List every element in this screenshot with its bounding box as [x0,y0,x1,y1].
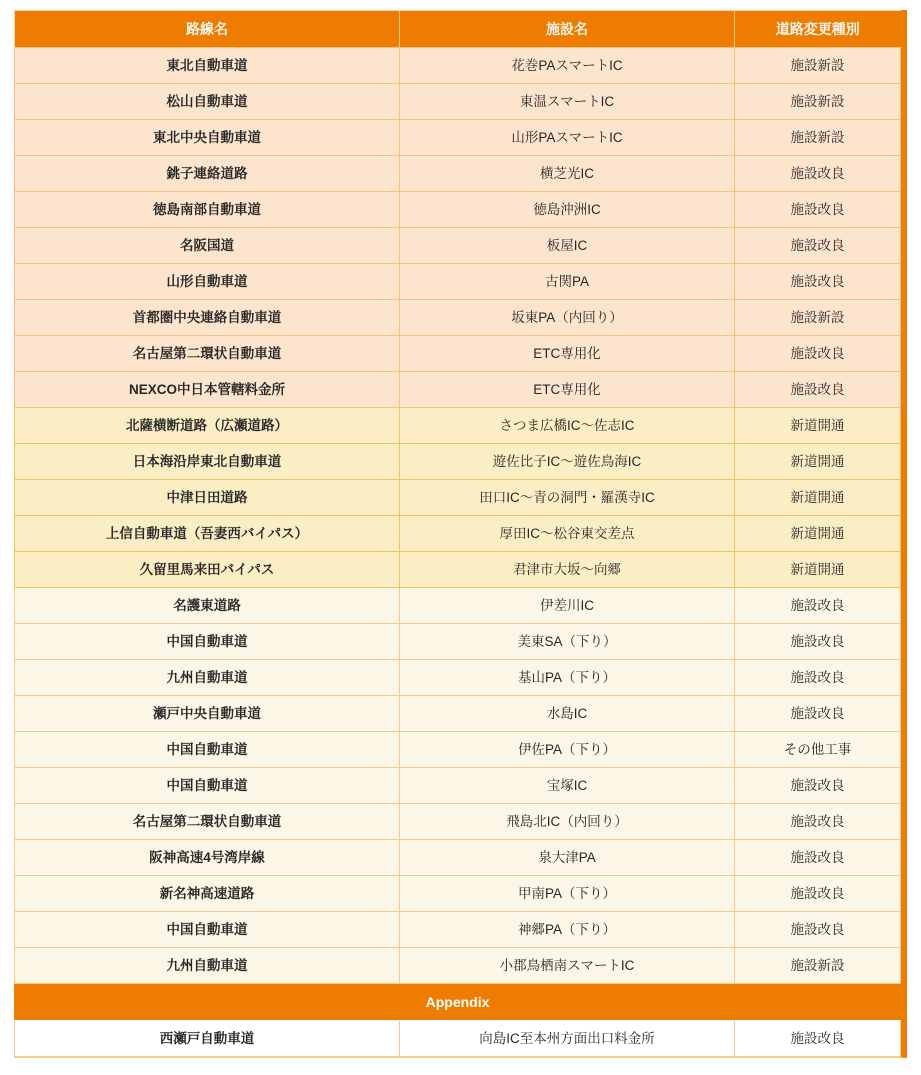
table-row: 西瀬戸自動車道 向島IC至本州方面出口料金所 施設改良 [15,1021,901,1057]
cell-change-type: 施設改良 [735,624,901,660]
cell-facility-name: 伊佐PA（下り） [400,732,735,768]
cell-route-name: 首都圏中央連絡自動車道 [15,300,400,336]
cell-change-type: 施設改良 [735,1021,901,1057]
cell-facility-name: 水島IC [400,696,735,732]
cell-facility-name: 花巻PAスマートIC [400,48,735,84]
table-row: 名阪国道 板屋IC 施設改良 [15,228,901,264]
cell-route-name: 中国自動車道 [15,912,400,948]
cell-facility-name: 東温スマートIC [400,84,735,120]
cell-change-type: 新道開通 [735,552,901,588]
cell-change-type: 施設改良 [735,840,901,876]
cell-route-name: 中国自動車道 [15,624,400,660]
cell-facility-name: ETC専用化 [400,336,735,372]
cell-facility-name: 神郷PA（下り） [400,912,735,948]
cell-change-type: 施設改良 [735,876,901,912]
table-row: 九州自動車道 基山PA（下り） 施設改良 [15,660,901,696]
table-row: 中国自動車道 美東SA（下り） 施設改良 [15,624,901,660]
cell-facility-name: 美東SA（下り） [400,624,735,660]
table-row: 東北自動車道 花巻PAスマートIC 施設新設 [15,48,901,84]
column-header-change-type: 道路変更種別 [735,11,901,48]
cell-facility-name: 田口IC～青の洞門・羅漢寺IC [400,480,735,516]
cell-change-type: 施設新設 [735,120,901,156]
cell-change-type: 施設改良 [735,336,901,372]
road-changes-table: 路線名 施設名 道路変更種別 東北自動車道 花巻PAスマートIC 施設新設 松山… [14,10,901,1057]
column-header-facility-name: 施設名 [400,11,735,48]
cell-facility-name: さつま広橋IC～佐志IC [400,408,735,444]
appendix-section-row: Appendix [15,984,901,1021]
cell-route-name: 北薩横断道路（広瀬道路） [15,408,400,444]
cell-change-type: 施設改良 [735,912,901,948]
cell-facility-name: 宝塚IC [400,768,735,804]
cell-route-name: 中国自動車道 [15,768,400,804]
table-row: 名護東道路 伊差川IC 施設改良 [15,588,901,624]
cell-facility-name: 泉大津PA [400,840,735,876]
cell-facility-name: 甲南PA（下り） [400,876,735,912]
table-row: 中津日田道路 田口IC～青の洞門・羅漢寺IC 新道開通 [15,480,901,516]
cell-route-name: 久留里馬来田バイパス [15,552,400,588]
cell-facility-name: 横芝光IC [400,156,735,192]
table-row: 東北中央自動車道 山形PAスマートIC 施設新設 [15,120,901,156]
cell-facility-name: 徳島沖洲IC [400,192,735,228]
cell-change-type: 施設改良 [735,696,901,732]
cell-facility-name: 小郡鳥栖南スマートIC [400,948,735,984]
table-row: 新名神高速道路 甲南PA（下り） 施設改良 [15,876,901,912]
cell-facility-name: 古関PA [400,264,735,300]
table-row: 中国自動車道 神郷PA（下り） 施設改良 [15,912,901,948]
cell-change-type: 施設改良 [735,228,901,264]
column-header-route-name: 路線名 [15,11,400,48]
cell-facility-name: 山形PAスマートIC [400,120,735,156]
table-row: 北薩横断道路（広瀬道路） さつま広橋IC～佐志IC 新道開通 [15,408,901,444]
cell-facility-name: 遊佐比子IC～遊佐鳥海IC [400,444,735,480]
cell-route-name: 中津日田道路 [15,480,400,516]
cell-facility-name: 向島IC至本州方面出口料金所 [400,1021,735,1057]
table-row: 銚子連絡道路 横芝光IC 施設改良 [15,156,901,192]
cell-change-type: 施設新設 [735,300,901,336]
cell-change-type: 施設改良 [735,372,901,408]
header-row: 路線名 施設名 道路変更種別 [15,11,901,48]
cell-route-name: 名古屋第二環状自動車道 [15,804,400,840]
cell-change-type: 新道開通 [735,516,901,552]
cell-route-name: 新名神高速道路 [15,876,400,912]
cell-facility-name: 厚田IC～松谷東交差点 [400,516,735,552]
table-row: 松山自動車道 東温スマートIC 施設新設 [15,84,901,120]
cell-route-name: 松山自動車道 [15,84,400,120]
cell-facility-name: 君津市大坂～向郷 [400,552,735,588]
cell-facility-name: 飛島北IC（内回り） [400,804,735,840]
cell-route-name: 中国自動車道 [15,732,400,768]
table-row: 日本海沿岸東北自動車道 遊佐比子IC～遊佐鳥海IC 新道開通 [15,444,901,480]
cell-change-type: 施設改良 [735,660,901,696]
cell-route-name: 名護東道路 [15,588,400,624]
cell-route-name: 山形自動車道 [15,264,400,300]
cell-route-name: 名古屋第二環状自動車道 [15,336,400,372]
cell-route-name: NEXCO中日本管轄料金所 [15,372,400,408]
table-header: 路線名 施設名 道路変更種別 [15,11,901,48]
table-row: 徳島南部自動車道 徳島沖洲IC 施設改良 [15,192,901,228]
table-row: 山形自動車道 古関PA 施設改良 [15,264,901,300]
cell-route-name: 九州自動車道 [15,948,400,984]
cell-route-name: 東北中央自動車道 [15,120,400,156]
table-row: 上信自動車道（吾妻西バイパス） 厚田IC～松谷東交差点 新道開通 [15,516,901,552]
cell-change-type: 施設改良 [735,192,901,228]
cell-change-type: その他工事 [735,732,901,768]
cell-change-type: 新道開通 [735,480,901,516]
cell-route-name: 阪神高速4号湾岸線 [15,840,400,876]
cell-change-type: 施設改良 [735,768,901,804]
cell-facility-name: 基山PA（下り） [400,660,735,696]
appendix-section-label: Appendix [15,984,901,1021]
cell-change-type: 施設新設 [735,948,901,984]
table-row: 瀬戸中央自動車道 水島IC 施設改良 [15,696,901,732]
cell-change-type: 施設新設 [735,84,901,120]
cell-route-name: 九州自動車道 [15,660,400,696]
cell-change-type: 施設改良 [735,264,901,300]
table-row: 名古屋第二環状自動車道 ETC専用化 施設改良 [15,336,901,372]
cell-change-type: 施設新設 [735,48,901,84]
table-row: 名古屋第二環状自動車道 飛島北IC（内回り） 施設改良 [15,804,901,840]
cell-facility-name: 坂東PA（内回り） [400,300,735,336]
cell-change-type: 新道開通 [735,444,901,480]
cell-route-name: 瀬戸中央自動車道 [15,696,400,732]
table-row: 九州自動車道 小郡鳥栖南スマートIC 施設新設 [15,948,901,984]
cell-route-name: 上信自動車道（吾妻西バイパス） [15,516,400,552]
cell-facility-name: 板屋IC [400,228,735,264]
table-row: 阪神高速4号湾岸線 泉大津PA 施設改良 [15,840,901,876]
road-changes-table-wrap: 路線名 施設名 道路変更種別 東北自動車道 花巻PAスマートIC 施設新設 松山… [14,10,907,1058]
cell-facility-name: ETC専用化 [400,372,735,408]
cell-route-name: 東北自動車道 [15,48,400,84]
cell-route-name: 日本海沿岸東北自動車道 [15,444,400,480]
table-body: 東北自動車道 花巻PAスマートIC 施設新設 松山自動車道 東温スマートIC 施… [15,48,901,1057]
table-row: 中国自動車道 伊佐PA（下り） その他工事 [15,732,901,768]
cell-route-name: 名阪国道 [15,228,400,264]
cell-change-type: 施設改良 [735,156,901,192]
cell-change-type: 施設改良 [735,588,901,624]
cell-change-type: 施設改良 [735,804,901,840]
table-row: NEXCO中日本管轄料金所 ETC専用化 施設改良 [15,372,901,408]
table-row: 久留里馬来田バイパス 君津市大坂～向郷 新道開通 [15,552,901,588]
table-row: 中国自動車道 宝塚IC 施設改良 [15,768,901,804]
cell-route-name: 徳島南部自動車道 [15,192,400,228]
cell-change-type: 新道開通 [735,408,901,444]
cell-facility-name: 伊差川IC [400,588,735,624]
table-row: 首都圏中央連絡自動車道 坂東PA（内回り） 施設新設 [15,300,901,336]
cell-route-name: 西瀬戸自動車道 [15,1021,400,1057]
cell-route-name: 銚子連絡道路 [15,156,400,192]
